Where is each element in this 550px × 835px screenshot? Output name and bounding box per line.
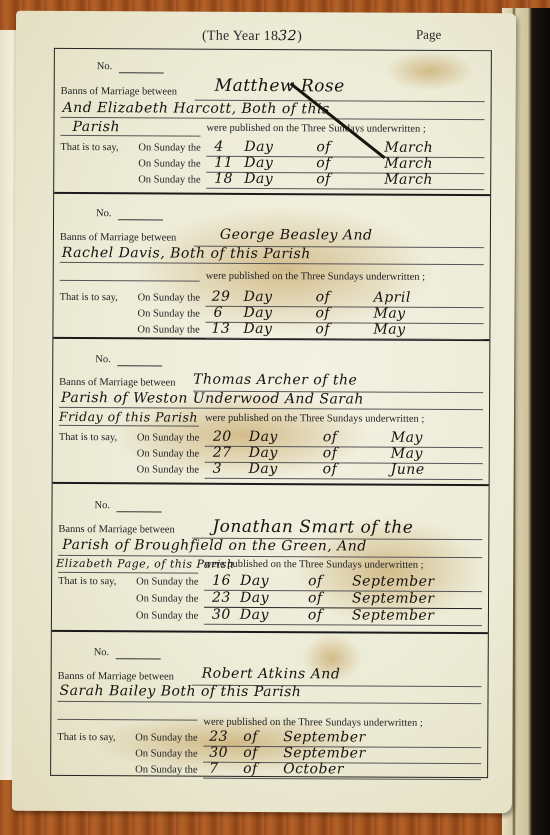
sunday-2-day: 30 [209, 745, 228, 761]
sunday-2-word: Day [249, 445, 278, 461]
sunday-3-of: of [243, 761, 258, 777]
sunday-3-label: On Sunday the [135, 764, 197, 775]
sunday-1-month: September [283, 729, 366, 745]
parties-line-3: Parish [72, 119, 120, 135]
banns-label: Banns of Marriage between [58, 524, 174, 536]
sunday-1-month: May [391, 430, 423, 446]
sunday-3-label: On Sunday the [137, 324, 199, 335]
parties-line-2: Rachel Davis, Both of this Parish [62, 245, 311, 262]
that-is-to-say-label: That is to say, [60, 142, 118, 153]
sunday-3-day: 3 [213, 461, 223, 477]
parties-line-1: George Beasley And [220, 227, 373, 244]
published-label: were published on the Three Sundays unde… [206, 271, 425, 283]
parties-line-3: Friday of this Parish [59, 409, 198, 425]
sunday-3-label: On Sunday the [138, 174, 200, 185]
sunday-1-of: of [323, 429, 338, 445]
sunday-2-of: of [308, 590, 323, 606]
sunday-2-label: On Sunday the [135, 748, 197, 759]
sunday-2-month: May [391, 446, 423, 462]
banns-label: Banns of Marriage between [61, 86, 177, 98]
year-handwritten: 32 [278, 28, 297, 44]
sunday-3-month: June [391, 462, 425, 478]
sunday-2-label: On Sunday the [136, 593, 198, 604]
published-label: were published on the Three Sundays unde… [206, 123, 425, 135]
parties-line-1: Robert Atkins And [202, 666, 341, 683]
published-label: were published on the Three Sundays unde… [203, 717, 422, 729]
sunday-1-day: 16 [212, 573, 231, 589]
year-suffix: ) [297, 29, 302, 44]
sunday-2-month: May [373, 306, 405, 322]
banns-entry-3: No. Banns of Marriage between Thomas Arc… [53, 339, 490, 486]
entry-number-label: No. [94, 647, 110, 658]
sunday-1-word: Day [240, 573, 269, 589]
sunday-2-word: Day [240, 590, 269, 606]
sunday-2-label: On Sunday the [137, 308, 199, 319]
sunday-2-month: September [283, 745, 366, 761]
that-is-to-say-label: That is to say, [60, 292, 118, 303]
sunday-1-word: Day [249, 429, 278, 445]
parties-line-1: Thomas Archer of the [193, 372, 357, 389]
banns-label: Banns of Marriage between [59, 377, 175, 389]
published-label: were published on the Three Sundays unde… [204, 559, 423, 571]
parties-line-2: Sarah Bailey Both of this Parish [59, 683, 301, 700]
sunday-1-label: On Sunday the [138, 292, 200, 303]
entry-number-label: No. [97, 61, 113, 72]
sunday-3-word: Day [243, 321, 272, 337]
register-page: (The Year 1832) Page No. Banns of Marria… [12, 11, 516, 814]
sunday-3-word: Day [249, 461, 278, 477]
sunday-3-label: On Sunday the [136, 610, 198, 621]
sunday-2-day: 23 [212, 590, 231, 606]
page-number-label: Page [416, 27, 441, 43]
sunday-1-word: Day [244, 139, 273, 155]
sunday-2-of: of [243, 745, 258, 761]
banns-register-table: No. Banns of Marriage between Matthew Ro… [50, 48, 492, 778]
sunday-2-day: 11 [214, 155, 233, 171]
banns-entry-5: No. Banns of Marriage between Robert Atk… [51, 632, 488, 779]
sunday-2-label: On Sunday the [138, 158, 200, 169]
sunday-1-of: of [316, 139, 331, 155]
sunday-3-month: September [352, 607, 435, 623]
banns-entry-2: No. Banns of Marriage between George Bea… [53, 194, 490, 341]
sunday-1-month: March [384, 140, 433, 156]
sunday-1-label: On Sunday the [137, 432, 199, 443]
sunday-3-day: 13 [211, 321, 230, 337]
parties-line-2: Parish of Broughfield on the Green, And [62, 537, 367, 555]
sunday-2-label: On Sunday the [137, 448, 199, 459]
sunday-2-day: 6 [213, 305, 223, 321]
sunday-3-of: of [308, 607, 323, 623]
sunday-3-word: Day [240, 607, 269, 623]
entry-number-label: No. [96, 208, 112, 219]
sunday-1-day: 4 [214, 139, 224, 155]
sunday-3-month: March [384, 172, 433, 188]
sunday-1-of: of [243, 729, 258, 745]
sunday-2-month: March [384, 156, 433, 172]
sunday-3-of: of [315, 321, 330, 337]
banns-entry-4: No. Banns of Marriage between Jonathan S… [52, 484, 489, 634]
published-label: were published on the Three Sundays unde… [205, 413, 424, 425]
parties-line-1: Jonathan Smart of the [212, 517, 413, 538]
entry-number-label: No. [94, 500, 110, 511]
sunday-1-word: Day [244, 289, 273, 305]
sunday-3-day: 30 [212, 607, 231, 623]
sunday-1-month: April [374, 290, 411, 306]
sunday-1-day: 23 [209, 729, 228, 745]
sunday-1-day: 20 [213, 429, 232, 445]
parties-line-2: Parish of Weston Underwood And Sarah [61, 390, 364, 408]
parties-line-2: And Elizabeth Harcott, Both of this [63, 100, 330, 117]
sunday-1-day: 29 [212, 289, 231, 305]
year-label: (The Year 1832) [202, 28, 302, 46]
sunday-3-label: On Sunday the [137, 464, 199, 475]
banns-label: Banns of Marriage between [58, 671, 174, 683]
sunday-3-month: October [283, 761, 344, 777]
sunday-1-month: September [352, 573, 435, 589]
sunday-1-of: of [316, 289, 331, 305]
sunday-2-of: of [323, 445, 338, 461]
sunday-3-of: of [323, 461, 338, 477]
sunday-3-of: of [316, 171, 331, 187]
groom-name: Matthew Rose [215, 76, 345, 97]
that-is-to-say-label: That is to say, [57, 732, 115, 743]
year-prefix: (The Year 18 [202, 29, 278, 44]
that-is-to-say-label: That is to say, [58, 576, 116, 587]
sunday-2-word: Day [244, 155, 273, 171]
sunday-1-of: of [308, 573, 323, 589]
banns-label: Banns of Marriage between [60, 232, 176, 244]
sunday-3-month: May [373, 322, 405, 338]
sunday-2-word: Day [243, 305, 272, 321]
that-is-to-say-label: That is to say, [59, 432, 117, 443]
sunday-1-label: On Sunday the [135, 732, 197, 743]
sunday-2-of: of [315, 305, 330, 321]
sunday-2-day: 27 [213, 445, 232, 461]
sunday-3-day: 18 [214, 171, 233, 187]
sunday-3-day: 7 [209, 761, 219, 777]
sunday-2-of: of [316, 155, 331, 171]
entry-number-label: No. [95, 354, 111, 365]
banns-entry-1: No. Banns of Marriage between Matthew Ro… [54, 49, 491, 196]
sunday-3-word: Day [244, 171, 273, 187]
sunday-1-label: On Sunday the [136, 576, 198, 587]
sunday-1-label: On Sunday the [138, 142, 200, 153]
sunday-2-month: September [352, 590, 435, 606]
